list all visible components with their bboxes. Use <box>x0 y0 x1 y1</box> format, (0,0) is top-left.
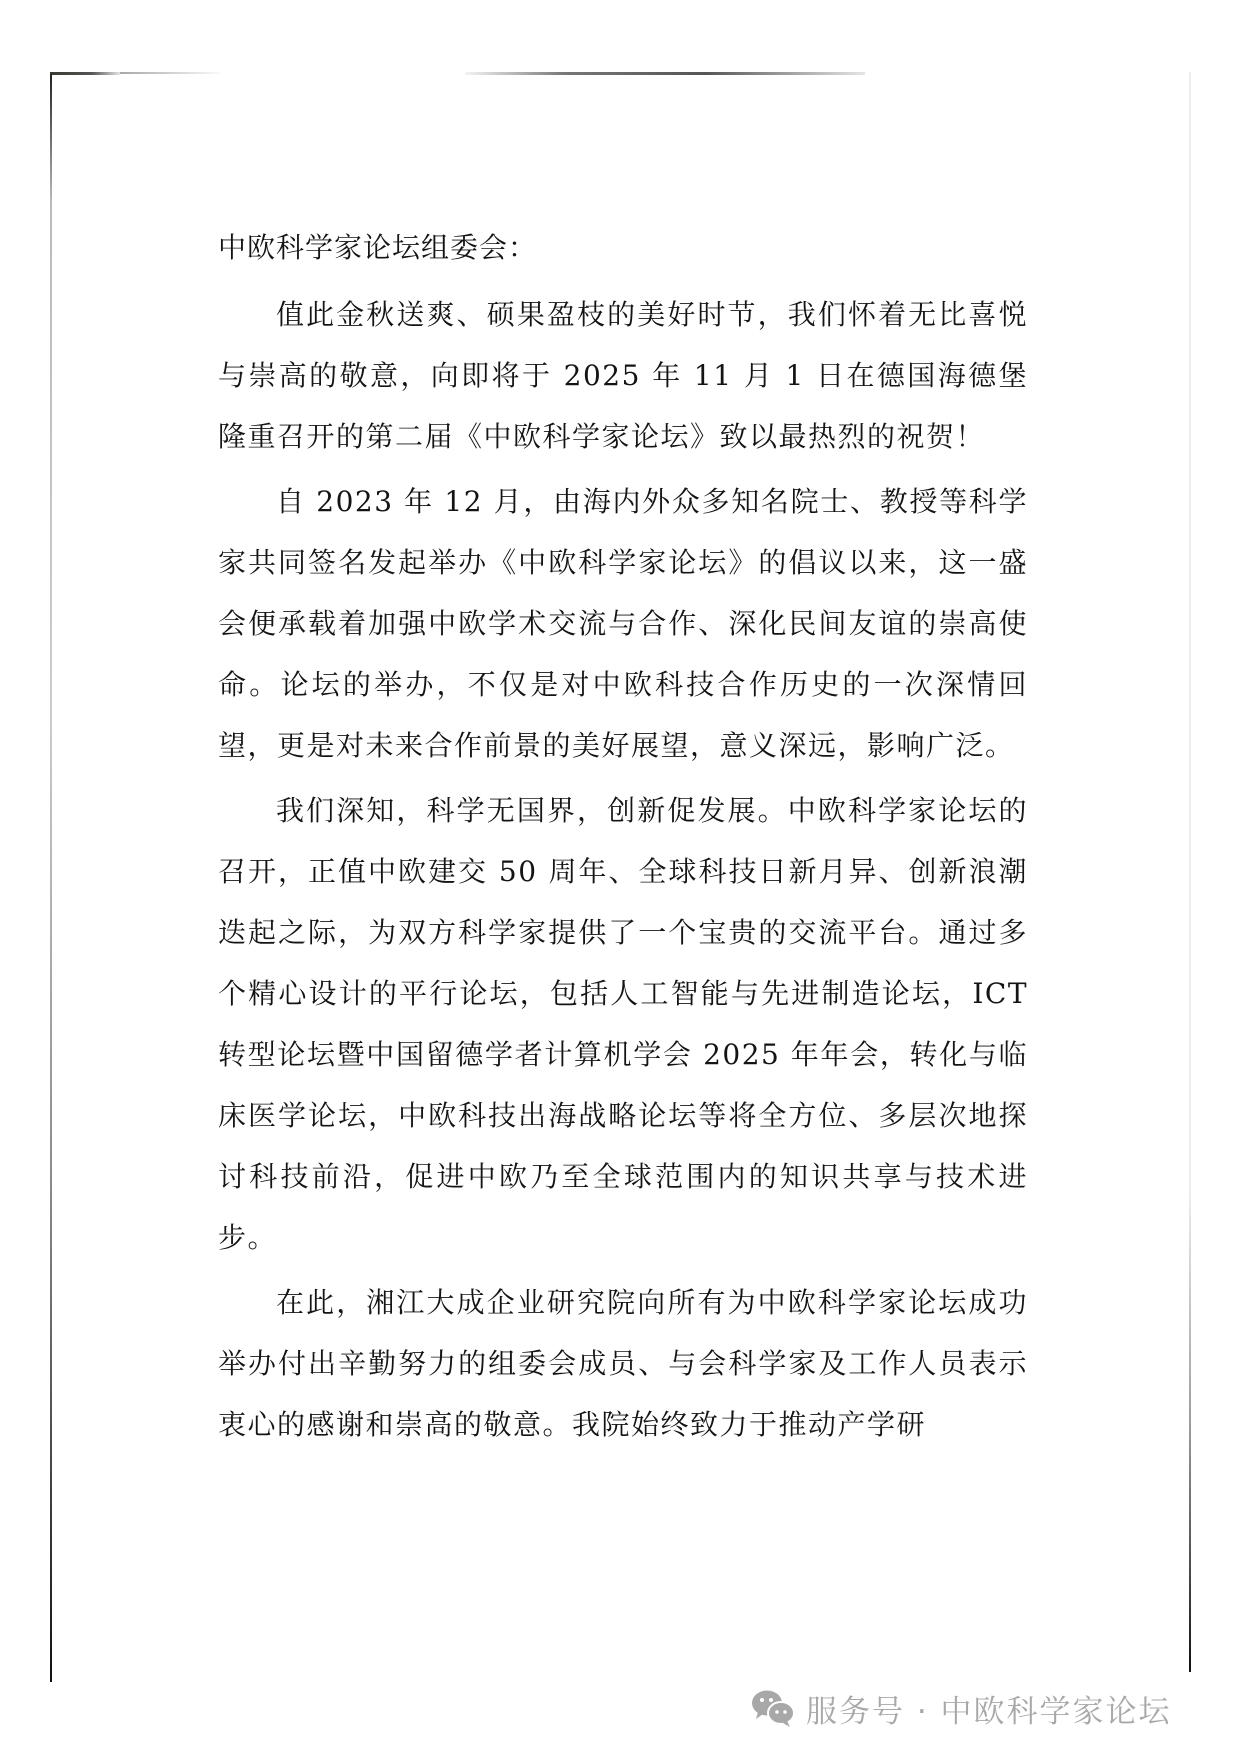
scan-edge-top-left <box>50 72 120 75</box>
watermark-text: 服务号 · 中欧科学家论坛 <box>806 1686 1172 1731</box>
scan-edge-right <box>1189 72 1191 1672</box>
scan-edge-top-middle <box>465 72 865 75</box>
letter-paragraph-1: 值此金秋送爽、硕果盈枝的美好时节，我们怀着无比喜悦与崇高的敬意，向即将于 202… <box>218 284 1028 467</box>
wechat-watermark: 服务号 · 中欧科学家论坛 <box>750 1686 1172 1730</box>
letter-paragraph-3: 我们深知，科学无国界，创新促发展。中欧科学家论坛的召开，正值中欧建交 50 周年… <box>218 780 1028 1268</box>
scan-edge-top-left-faint <box>120 72 220 74</box>
wechat-icon <box>750 1688 796 1728</box>
letter-salutation: 中欧科学家论坛组委会： <box>218 218 1028 278</box>
scan-edge-left <box>50 74 52 1682</box>
letter-paragraph-2: 自 2023 年 12 月，由海内外众多知名院士、教授等科学家共同签名发起举办《… <box>218 471 1028 776</box>
letter-body: 中欧科学家论坛组委会： 值此金秋送爽、硕果盈枝的美好时节，我们怀着无比喜悦与崇高… <box>218 218 1028 1455</box>
letter-paragraph-4: 在此，湘江大成企业研究院向所有为中欧科学家论坛成功举办付出辛勤努力的组委会成员、… <box>218 1272 1028 1455</box>
